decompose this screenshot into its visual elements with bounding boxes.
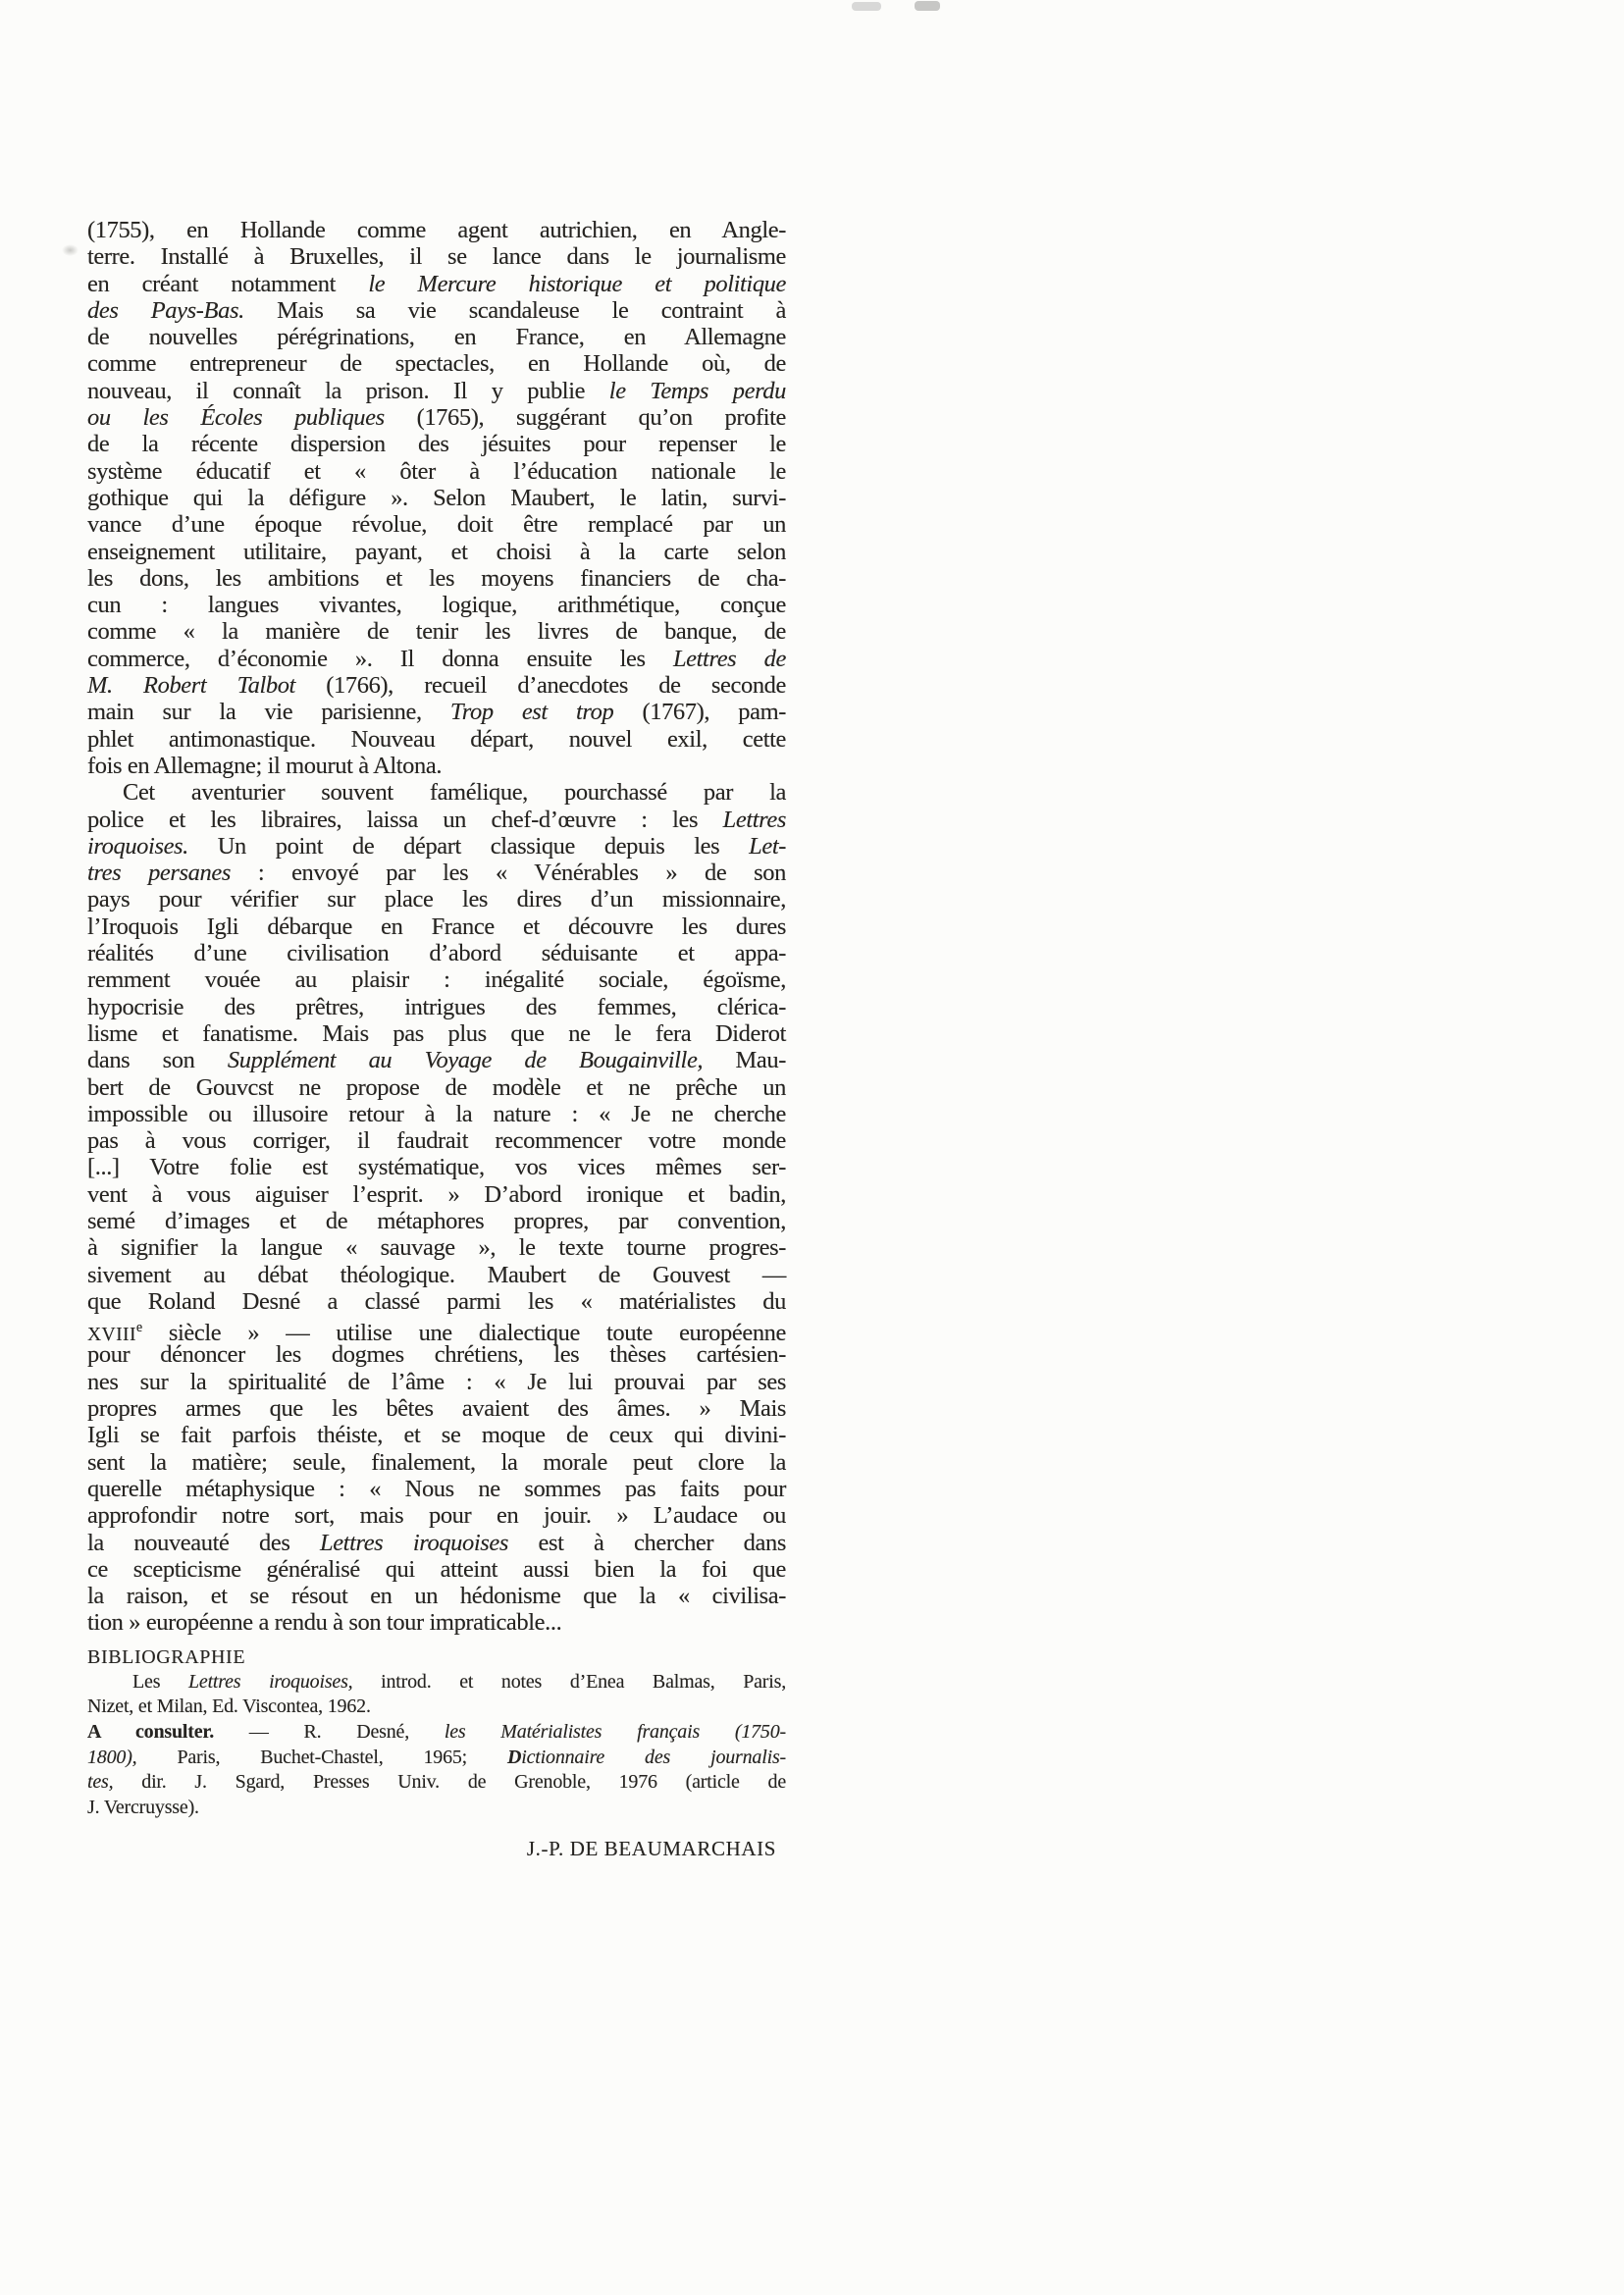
text-line: J. Vercruysse). [87,1796,786,1821]
text-line: terre. Installé à Bruxelles, il se lance… [87,243,786,270]
margin-smudge-artifact [62,244,79,256]
text-line: 1800), Paris, Buchet-Chastel, 1965; Dict… [87,1746,786,1771]
top-edge-smudge-artifact [852,2,881,11]
text-line: vent à vous aiguiser l’esprit. » D’abord… [87,1181,786,1208]
body-paragraphs: (1755), en Hollande comme agent autrichi… [87,217,786,1637]
text-line: ou les Écoles publiques (1765), suggéran… [87,404,786,431]
text-line: réalités d’une civilisation d’abord sédu… [87,940,786,966]
text-line: pays pour vérifier sur place les dires d… [87,886,786,913]
text-line: Les Lettres iroquoises, introd. et notes… [87,1670,786,1695]
article-column: (1755), en Hollande comme agent autrichi… [87,217,786,1861]
text-line: (1755), en Hollande comme agent autrichi… [87,217,786,243]
text-line: système éducatif et « ôter à l’éducation… [87,458,786,485]
text-line: lisme et fanatisme. Mais pas plus que ne… [87,1020,786,1047]
bibliography-section: BIBLIOGRAPHIE Les Lettres iroquoises, in… [87,1645,786,1821]
bibliography-lines: Les Lettres iroquoises, introd. et notes… [87,1670,786,1821]
text-line: pour dénoncer les dogmes chrétiens, les … [87,1341,786,1368]
text-line: de la récente dispersion des jésuites po… [87,431,786,457]
text-line: M. Robert Talbot (1766), recueil d’anecd… [87,672,786,699]
text-line: querelle métaphysique : « Nous ne sommes… [87,1476,786,1502]
text-line: A consulter. — R. Desné, les Matérialist… [87,1720,786,1746]
text-line: de nouvelles pérégrinations, en France, … [87,324,786,350]
text-line: sivement au débat théologique. Maubert d… [87,1262,786,1288]
scanned-page: (1755), en Hollande comme agent autrichi… [0,0,1624,2295]
text-line: main sur la vie parisienne, Trop est tro… [87,699,786,725]
text-line: propres armes que les bêtes avaient des … [87,1395,786,1422]
text-line: sent la matière; seule, finalement, la m… [87,1449,786,1476]
text-line: comme « la manière de tenir les livres d… [87,618,786,645]
text-line: gothique qui la défigure ». Selon Mauber… [87,485,786,511]
text-line: dans son Supplément au Voyage de Bougain… [87,1047,786,1073]
bibliography-header: BIBLIOGRAPHIE [87,1645,786,1670]
text-line: la raison, et se résout en un hédonisme … [87,1583,786,1609]
text-line: remment vouée au plaisir : inégalité soc… [87,966,786,993]
text-line: fois en Allemagne; il mourut à Altona. [87,753,786,779]
text-line: nouveau, il connaît la prison. Il y publ… [87,378,786,404]
text-line: ce scepticisme généralisé qui atteint au… [87,1556,786,1583]
text-line: Igli se fait parfois théiste, et se moqu… [87,1422,786,1448]
text-line: Nizet, et Milan, Ed. Viscontea, 1962. [87,1695,786,1720]
text-line: impossible ou illusoire retour à la natu… [87,1101,786,1127]
top-edge-smudge-artifact [915,1,940,11]
text-line: approfondir notre sort, mais pour en jou… [87,1502,786,1529]
text-line: iroquoises. Un point de départ classique… [87,833,786,860]
text-line: en créant notamment le Mercure historiqu… [87,271,786,297]
text-line: l’Iroquois Igli débarque en France et dé… [87,913,786,940]
paragraph: Cet aventurier souvent famélique, pourch… [87,779,786,1637]
text-line: commerce, d’économie ». Il donna ensuite… [87,646,786,672]
text-line: à signifier la langue « sauvage », le te… [87,1234,786,1261]
text-line: semé d’images et de métaphores propres, … [87,1208,786,1234]
text-line: pas à vous corriger, il faudrait recomme… [87,1127,786,1154]
text-line: enseignement utilitaire, payant, et choi… [87,539,786,565]
text-line: Cet aventurier souvent famélique, pourch… [87,779,786,806]
text-line: nes sur la spiritualité de l’âme : « Je … [87,1369,786,1395]
text-line: tion » européenne a rendu à son tour imp… [87,1609,786,1636]
text-line: les dons, les ambitions et les moyens fi… [87,565,786,592]
text-line: police et les libraires, laissa un chef-… [87,807,786,833]
author-signature: J.-P. DE BEAUMARCHAIS [87,1837,786,1861]
text-line: que Roland Desné a classé parmi les « ma… [87,1288,786,1315]
text-line: des Pays-Bas. Mais sa vie scandaleuse le… [87,297,786,324]
paragraph: (1755), en Hollande comme agent autrichi… [87,217,786,779]
text-line: comme entrepreneur de spectacles, en Hol… [87,350,786,377]
text-line: bert de Gouvcst ne propose de modèle et … [87,1074,786,1101]
text-line: XVIIIe siècle » — utilise une dialectiqu… [87,1315,786,1341]
text-line: cun : langues vivantes, logique, arithmé… [87,592,786,618]
text-line: tres persanes : envoyé par les « Vénérab… [87,860,786,886]
text-line: phlet antimonastique. Nouveau départ, no… [87,726,786,753]
text-line: vance d’une époque révolue, doit être re… [87,511,786,538]
text-line: [...] Votre folie est systématique, vos … [87,1154,786,1180]
text-line: tes, dir. J. Sgard, Presses Univ. de Gre… [87,1770,786,1796]
text-line: la nouveauté des Lettres iroquoises est … [87,1530,786,1556]
text-line: hypocrisie des prêtres, intrigues des fe… [87,994,786,1020]
